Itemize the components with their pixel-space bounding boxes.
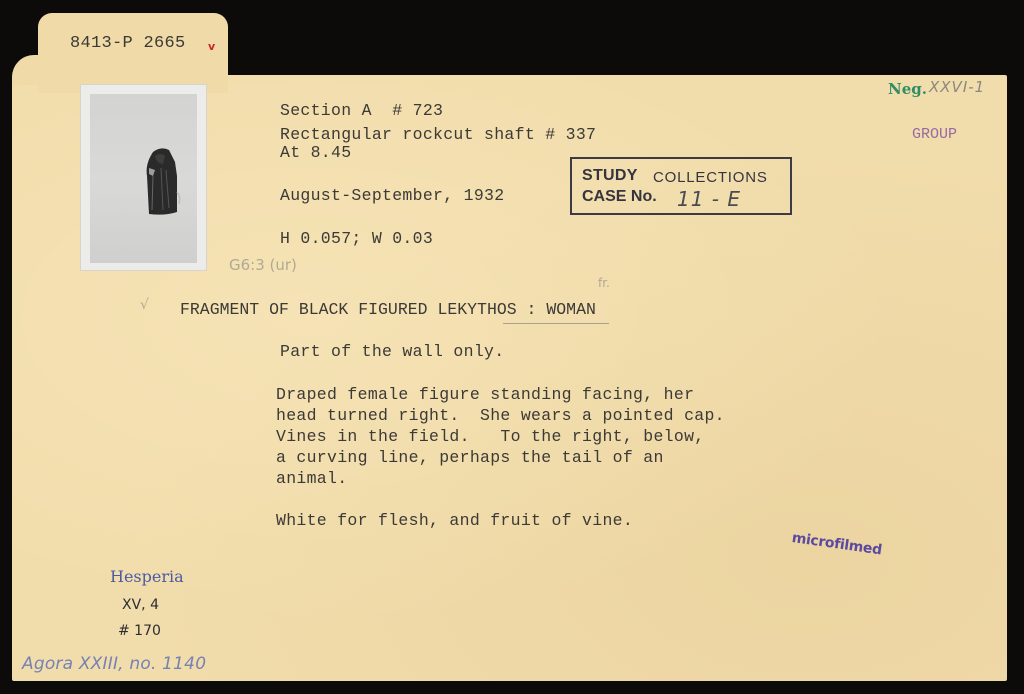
depth-line: At 8.45 — [280, 142, 351, 163]
publication-journal: Hesperia — [110, 567, 184, 586]
title-underline — [503, 323, 609, 324]
negative-label: Neg. — [888, 80, 927, 98]
study-collections-stamp: STUDY COLLECTIONS CASE No. 11 - E — [570, 157, 792, 215]
catalog-number: 8413-P 2665 — [70, 33, 186, 54]
stamp-study-label: STUDY — [582, 167, 638, 185]
dimensions: H 0.057; W 0.03 — [280, 228, 433, 249]
stamp-case-value: 11 - E — [677, 187, 741, 211]
photo-print — [90, 94, 197, 263]
title-annotation: fr. — [598, 276, 610, 290]
colors-note: White for flesh, and fruit of vine. — [276, 510, 633, 531]
excavation-date: August-September, 1932 — [280, 185, 504, 206]
description-line-5: animal. — [276, 468, 347, 489]
description-line-4: a curving line, perhaps the tail of an — [276, 447, 664, 468]
description-line-3: Vines in the field. To the right, below, — [276, 426, 704, 447]
description-intro: Part of the wall only. — [280, 341, 504, 362]
stamp-collections-label: COLLECTIONS — [653, 169, 768, 186]
publication-volume: XV, 4 — [122, 597, 159, 613]
title-check-mark: √ — [140, 297, 149, 313]
negative-value: XXVI-1 — [929, 78, 985, 96]
publication-number: # 170 — [118, 623, 161, 639]
object-photograph — [80, 84, 207, 271]
grid-reference-note: G6:3 (ur) — [229, 256, 297, 274]
description-line-1: Draped female figure standing facing, he… — [276, 384, 694, 405]
object-title: FRAGMENT OF BLACK FIGURED LEKYTHOS : WOM… — [180, 299, 596, 320]
group-label: GROUP — [912, 126, 957, 143]
agora-reference: Agora XXIII, no. 1140 — [22, 654, 206, 674]
section-line: Section A # 723 — [280, 100, 443, 121]
scanned-card-background: 8413-P 2665 v Section A # 723 Rectangula… — [0, 0, 1024, 694]
stamp-case-label: CASE No. — [582, 188, 657, 206]
description-line-2: head turned right. She wears a pointed c… — [276, 405, 725, 426]
catalog-check-mark: v — [208, 40, 215, 53]
fragment-figure-icon — [141, 146, 181, 226]
